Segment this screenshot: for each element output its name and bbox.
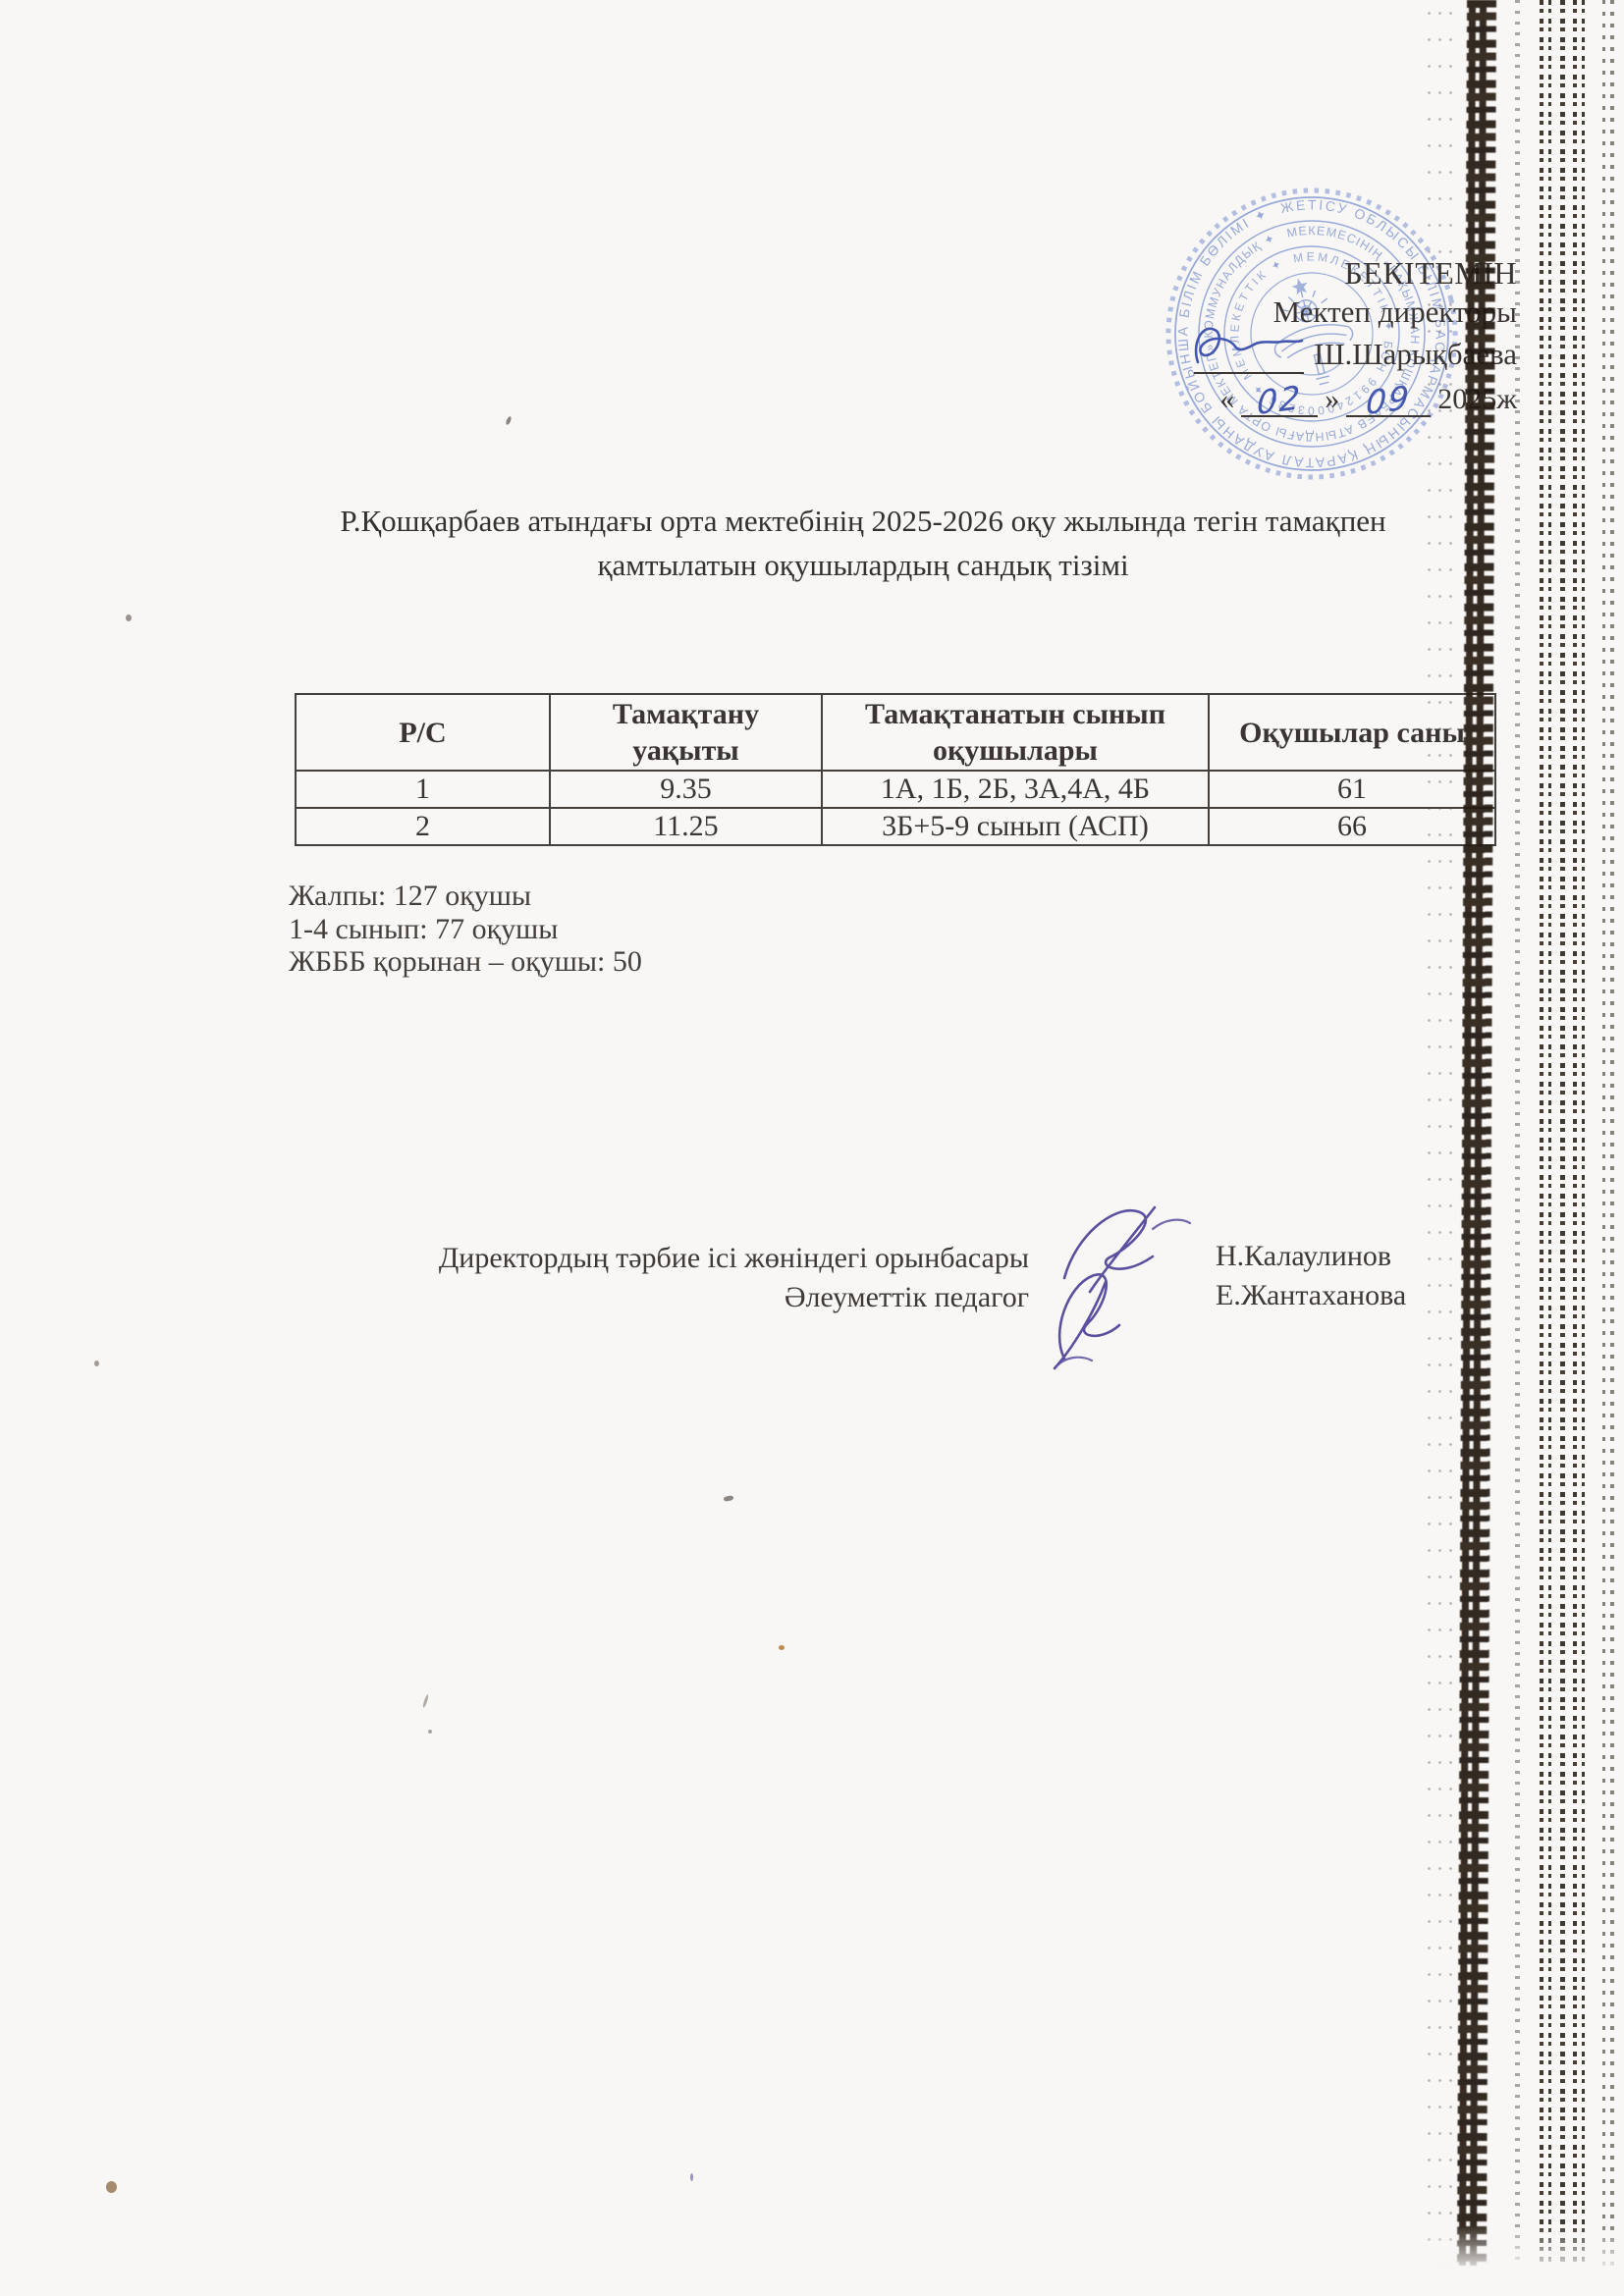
- director-signature-row: Ш.Шарықбаева: [1100, 333, 1517, 374]
- cell-student-count: 66: [1209, 808, 1495, 845]
- signer-roles: Директордың тәрбие ісі жөніндегі орынбас…: [255, 1239, 1029, 1317]
- cell-meal-time: 9.35: [550, 771, 822, 808]
- total-students-line: Жалпы: 127 оқушы: [289, 880, 642, 913]
- approval-heading: БЕКІТЕМІН: [1100, 253, 1517, 293]
- document-title-line1: Р.Қошқарбаев атындағы орта мектебінің 20…: [244, 499, 1483, 543]
- paper-speck: [690, 2173, 693, 2181]
- table-header-row: Р/С Тамақтану уақыты Тамақтанатын сынып …: [296, 694, 1495, 771]
- date-close-quote: »: [1325, 382, 1339, 417]
- approval-date-row: « 02 » 09 2025ж: [1100, 380, 1517, 417]
- paper-speck: [126, 614, 132, 621]
- cell-meal-time: 11.25: [550, 808, 822, 845]
- date-day-line: 02: [1241, 380, 1318, 417]
- table-row: 2 11.25 3Б+5-9 сынып (АСП) 66: [296, 808, 1495, 845]
- signer-role-pedagogue: Әлеуметтік педагог: [255, 1278, 1029, 1317]
- signer-name-deputy: Н.Калаулинов: [1216, 1237, 1406, 1276]
- paper-speck: [724, 1495, 734, 1502]
- table-row: 1 9.35 1А, 1Б, 2Б, 3А,4А, 4Б 61: [296, 771, 1495, 808]
- fund-line: ЖБББ қорынан – оқушы: 50: [289, 945, 642, 979]
- col-header-classes: Тамақтанатын сынып оқушылары: [822, 694, 1209, 771]
- signer-names: Н.Калаулинов Е.Жантаханова: [1216, 1237, 1406, 1315]
- cell-student-count: 61: [1209, 771, 1495, 808]
- paper-speck: [428, 1730, 432, 1734]
- paper-speck: [779, 1645, 785, 1650]
- grades-1-4-line: 1-4 сынып: 77 оқушы: [289, 913, 642, 946]
- pedagogue-signature-icon: [1021, 1262, 1188, 1383]
- director-signature-icon: [1188, 317, 1310, 372]
- col-header-number: Р/С: [296, 694, 550, 771]
- meals-schedule-table: Р/С Тамақтану уақыты Тамақтанатын сынып …: [295, 693, 1496, 846]
- date-year: 2025ж: [1437, 382, 1517, 417]
- approval-block: БЕКІТЕМІН Мектеп директоры Ш.Шарықбаева …: [1100, 253, 1517, 417]
- date-month-line: 09: [1346, 380, 1431, 417]
- totals-block: Жалпы: 127 оқушы 1-4 сынып: 77 оқушы ЖББ…: [289, 880, 642, 979]
- scan-edge-band-outer: [1602, 0, 1624, 2266]
- paper-speck: [94, 1361, 99, 1366]
- date-day-handwritten: 02: [1256, 380, 1303, 421]
- cell-number: 1: [296, 771, 550, 808]
- signer-role-deputy: Директордың тәрбие ісі жөніндегі орынбас…: [255, 1239, 1029, 1278]
- cell-classes: 1А, 1Б, 2Б, 3А,4А, 4Б: [822, 771, 1209, 808]
- cell-classes: 3Б+5-9 сынып (АСП): [822, 808, 1209, 845]
- date-month-handwritten: 09: [1365, 380, 1412, 421]
- cell-number: 2: [296, 808, 550, 845]
- date-open-quote: «: [1219, 382, 1234, 417]
- signer-name-pedagogue: Е.Жантаханова: [1216, 1276, 1406, 1315]
- paper-speck: [106, 2181, 117, 2193]
- scanned-document-page: ЖЕТІСУ ОБЛЫСЫ БІЛІМ БАСҚАРМАСЫНЫҢ ҚАРАТА…: [0, 0, 1624, 2296]
- col-header-meal-time: Тамақтану уақыты: [550, 694, 822, 771]
- document-title: Р.Қошқарбаев атындағы орта мектебінің 20…: [244, 499, 1483, 587]
- document-title-line2: қамтылатын оқушылардың сандық тізімі: [244, 543, 1483, 587]
- col-header-student-count: Оқушылар саны: [1209, 694, 1495, 771]
- paper-speck: [505, 416, 512, 426]
- director-signature-line: [1194, 333, 1304, 374]
- scan-edge-fade: [1414, 2226, 1624, 2296]
- scan-edge-band-secondary: [1540, 0, 1585, 2266]
- paper-speck: [422, 1694, 429, 1708]
- director-name: Ш.Шарықбаева: [1314, 335, 1517, 374]
